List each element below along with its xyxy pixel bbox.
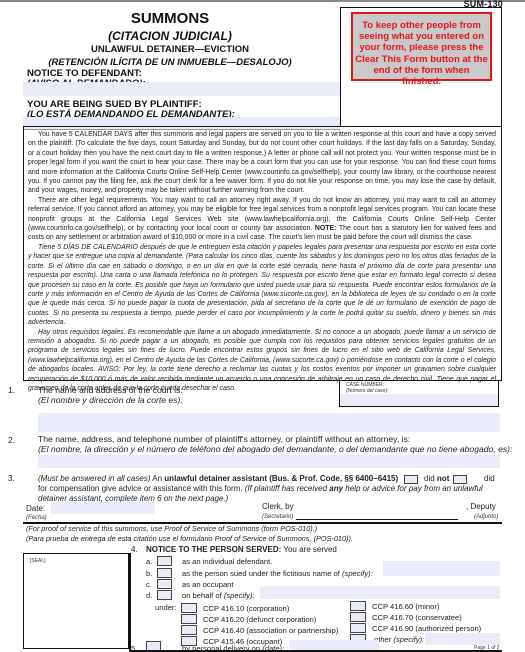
did-label: did [484, 474, 495, 483]
option-a-checkbox[interactable] [157, 556, 172, 566]
uda-did-not-checkbox[interactable] [404, 475, 418, 484]
form-subtitle-es: (RETENCIÓN ILÍCITA DE UN INMUEBLE—DESALO… [0, 57, 340, 68]
option-b-checkbox[interactable] [157, 568, 172, 578]
item2-label: The name, address, and telephone number … [38, 434, 410, 444]
item3-line1: (Must be answered in all cases) An unlaw… [38, 474, 398, 483]
date-label-es: (Fecha) [26, 515, 47, 521]
ccp-416-20-label: CCP 416.20 (defunct corporation) [203, 615, 316, 624]
option-c-text: as an occupant [182, 580, 234, 589]
defendant-field[interactable] [23, 82, 340, 96]
option-b-label: as the person sued under the fictitious … [182, 569, 342, 578]
item1-label: The name and address of the court is: [38, 385, 183, 395]
deputy-label: , Deputy [466, 502, 496, 511]
note-label: NOTE: [315, 225, 336, 232]
option-c-checkbox[interactable] [157, 579, 172, 589]
option-d-letter: d. [146, 591, 152, 600]
ccp-416-70-label: CCP 416.70 (conservatee) [372, 613, 462, 622]
under-label: under: [155, 603, 177, 612]
item3-prefix: (Must be answered in all cases) [38, 474, 151, 483]
ccp-416-40-checkbox[interactable] [181, 625, 197, 635]
ccp-416-60-checkbox[interactable] [350, 601, 366, 611]
clerk-label: Clerk, by [262, 502, 294, 511]
ccp-416-90-checkbox[interactable] [350, 623, 366, 633]
fictitious-name-field[interactable] [383, 561, 500, 576]
item3-number: 3. [8, 474, 15, 483]
option-b-text: as the person sued under the fictitious … [182, 569, 373, 578]
ccp-416-40-label: CCP 416.40 (association or partnership) [203, 626, 338, 635]
item1-number: 1. [8, 385, 15, 395]
other-specify-field[interactable] [425, 633, 500, 645]
court-name-address-field[interactable] [38, 413, 500, 432]
item3-line2-italic: (If plaintiff has received [245, 484, 329, 493]
item3-any: any [329, 484, 343, 493]
item4-title: NOTICE TO THE PERSON SERVED: You are ser… [146, 545, 337, 554]
item4-title-rest: You are served [281, 545, 337, 554]
date-field[interactable] [51, 502, 155, 514]
option-b-letter: b. [146, 569, 152, 578]
top-border [0, 0, 525, 2]
did-text: did [424, 474, 435, 483]
ccp-416-10-checkbox[interactable] [181, 603, 197, 613]
notice-en-2: There are other legal requirements. You … [28, 196, 496, 243]
other-label: other (specify): [374, 635, 424, 644]
ccp-416-60-label: CCP 416.60 (minor) [372, 602, 439, 611]
proof-note-es: (Para prueba de entrega de esta citatión… [26, 534, 353, 543]
option-d-checkbox[interactable] [157, 590, 172, 600]
case-number-box: CASE NUMBER: (Número del caso): [339, 381, 499, 407]
legal-notice-box: You have 5 CALENDAR DAYS after this summ… [23, 126, 502, 381]
clerk-signature-line[interactable] [296, 519, 458, 520]
option-d-text: on behalf of (specify): [182, 591, 255, 600]
seal-label: [SEAL] [30, 558, 46, 564]
not-text: not [437, 474, 449, 483]
bottom-border [129, 650, 502, 652]
item3-line2-text: for compensation give advice or assistan… [38, 484, 245, 493]
case-number-field[interactable] [340, 394, 498, 406]
item3-line2-italic2: help or advice for pay from an unlawful [343, 484, 483, 493]
clerk-label-es: (Secretario) [262, 514, 293, 520]
uda-did-checkbox[interactable] [453, 475, 467, 484]
did-not-label: did not [424, 474, 449, 483]
option-a-text: as an individual defendant. [182, 557, 272, 566]
option-d-label: on behalf of [182, 591, 224, 600]
item4-number: 4. [131, 545, 138, 554]
seal-box: [SEAL] [23, 553, 129, 649]
proof-note-en: (For proof of service of this summons, u… [26, 524, 317, 533]
option-d-specify: (specify): [224, 591, 255, 600]
seal-divider [129, 553, 131, 651]
clear-form-notice: To keep other people from seeing what yo… [351, 12, 492, 81]
option-c-letter: c. [146, 580, 152, 589]
notice-en-1: You have 5 CALENDAR DAYS after this summ… [28, 130, 496, 196]
on-behalf-of-field[interactable] [260, 586, 500, 599]
item3-line2: for compensation give advice or assistan… [38, 484, 483, 493]
form-subtitle: UNLAWFUL DETAINER—EVICTION [0, 44, 340, 55]
ccp-416-70-checkbox[interactable] [350, 612, 366, 622]
ccp-416-10-label: CCP 416.10 (corporation) [203, 604, 289, 613]
form-title: SUMMONS [0, 10, 340, 27]
item3-an: An [151, 474, 165, 483]
option-a-letter: a. [146, 557, 152, 566]
ccp-416-90-label: CCP 416.90 (authorized person) [372, 624, 481, 633]
item4-title-bold: NOTICE TO THE PERSON SERVED: [146, 545, 281, 554]
plaintiff-attorney-field[interactable] [38, 455, 500, 468]
deputy-label-es: (Adjunto) [474, 514, 498, 520]
option-b-specify: (specify): [342, 569, 373, 578]
ccp-416-20-checkbox[interactable] [181, 614, 197, 624]
item2-number: 2. [8, 435, 15, 445]
item1-label-es: (El nombre y dirección de la corte es): [38, 395, 183, 405]
form-title-es: (CITACION JUDICIAL) [0, 29, 340, 43]
date-label: Date: [26, 504, 45, 513]
notice-es-1: Tiene 5 DÍAS DE CALENDARIO después de qu… [28, 243, 496, 328]
item2-label-es: (El nombre, la dirección y el número de … [38, 444, 512, 454]
item3-uda-label: unlawful detainer assistant (Bus. & Prof… [164, 474, 398, 483]
